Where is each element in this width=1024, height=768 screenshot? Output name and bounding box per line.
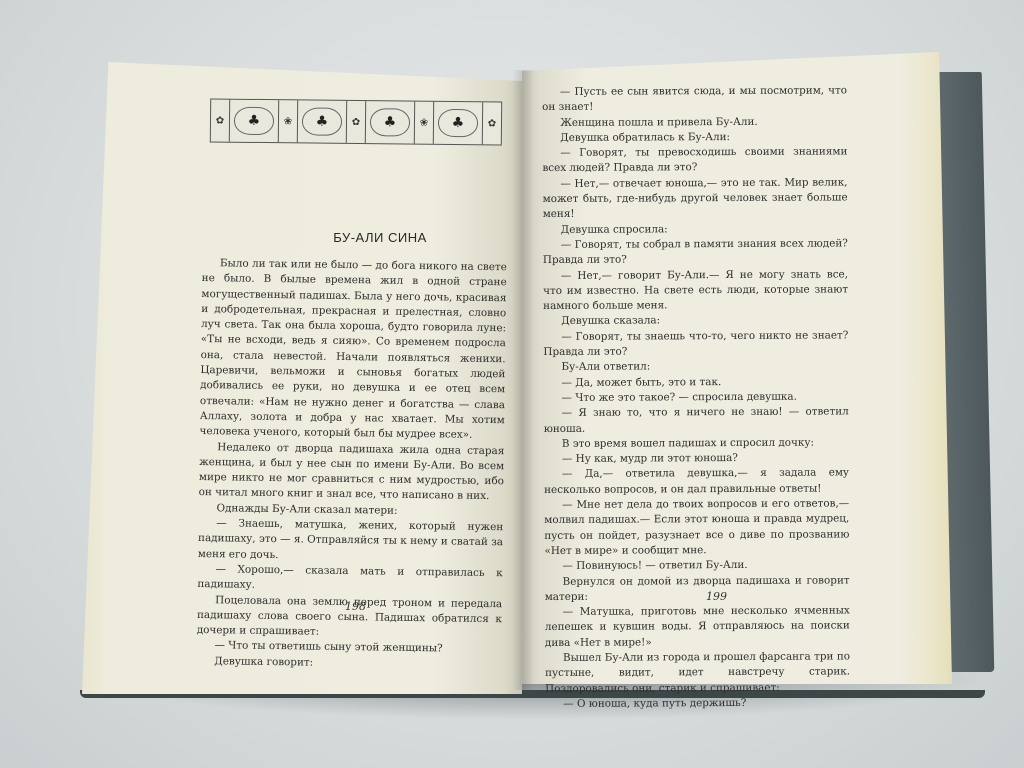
paragraph: — Мне нет дела до твоих вопросов и его о… [544,496,849,559]
flower-icon: ✿ [483,102,501,144]
paragraph: Девушка сказала: [543,313,848,330]
paragraph: — Говорят, ты превосходишь своими знания… [542,145,847,177]
book-gutter [512,70,534,690]
right-page-text: — Пусть ее сын явится сюда, и мы посмотр… [542,83,850,712]
page-number-left: 198 [345,600,366,613]
palmette-icon: ♣ [438,109,479,137]
paragraph: Вернулся он домой из дворца падишаха и г… [545,573,850,605]
paragraph: — Нет,— отвечает юноша,— это не так. Мир… [542,175,847,222]
flower-icon: ❀ [415,102,434,144]
paragraph: Недалеко от дворца падишаха жила одна ст… [199,440,505,505]
paragraph: — Да,— ответила девушка,— я задала ему н… [544,466,849,498]
paragraph: Было ли так или не было — до бога никого… [199,256,507,444]
paragraph: — Матушка, приготовь мне несколько ячмен… [545,603,850,650]
paragraph: Женщина пошла и привела Бу-Али. [542,114,847,131]
flower-icon: ❀ [279,100,298,142]
palmette-icon: ♣ [370,109,411,137]
paragraph: В это время вошел падишах и спросил дочк… [544,435,849,452]
paragraph: — Что же это такое? — спросила девушка. [544,389,849,406]
palmette-icon: ♣ [302,108,343,136]
page-number-right: 199 [706,590,727,603]
decorative-header-border: ✿ ♣ ❀ ♣ ✿ ♣ ❀ ♣ ✿ [210,98,502,145]
paragraph: — Повинуюсь! — ответил Бу-Али. [544,558,849,575]
paragraph: Бу-Али ответил: [543,359,848,376]
paragraph: — Я знаю то, что я ничего не знаю! — отв… [544,405,849,437]
paragraph: — Говорят, ты собрал в памяти знания все… [543,236,848,268]
palmette-icon: ♣ [234,107,275,135]
paragraph: — Говорят, ты знаешь что-то, чего никто … [543,328,848,360]
paragraph: — Да, может быть, это и так. [544,374,849,391]
paragraph: Девушка обратилась к Бу-Али: [542,129,847,146]
paragraph: — Хорошо,— сказала мать и отправилась к … [197,562,502,597]
story-title: БУ-АЛИ СИНА [290,230,470,245]
flower-icon: ✿ [347,101,366,143]
paragraph: — Знаешь, матушка, жених, который нужен … [198,516,504,566]
paragraph: — Ну как, мудр ли этот юноша? [544,451,849,468]
paragraph: Вышел Бу-Али из города и прошел фарсанга… [545,649,850,696]
paragraph: Девушка спросила: [543,221,848,238]
paragraph: — О юноша, куда путь держишь? [545,695,850,712]
paragraph: — Пусть ее сын явится сюда, и мы посмотр… [542,83,847,115]
paragraph: — Нет,— говорит Бу-Али.— Я не могу знать… [543,267,848,314]
flower-icon: ✿ [211,99,230,141]
